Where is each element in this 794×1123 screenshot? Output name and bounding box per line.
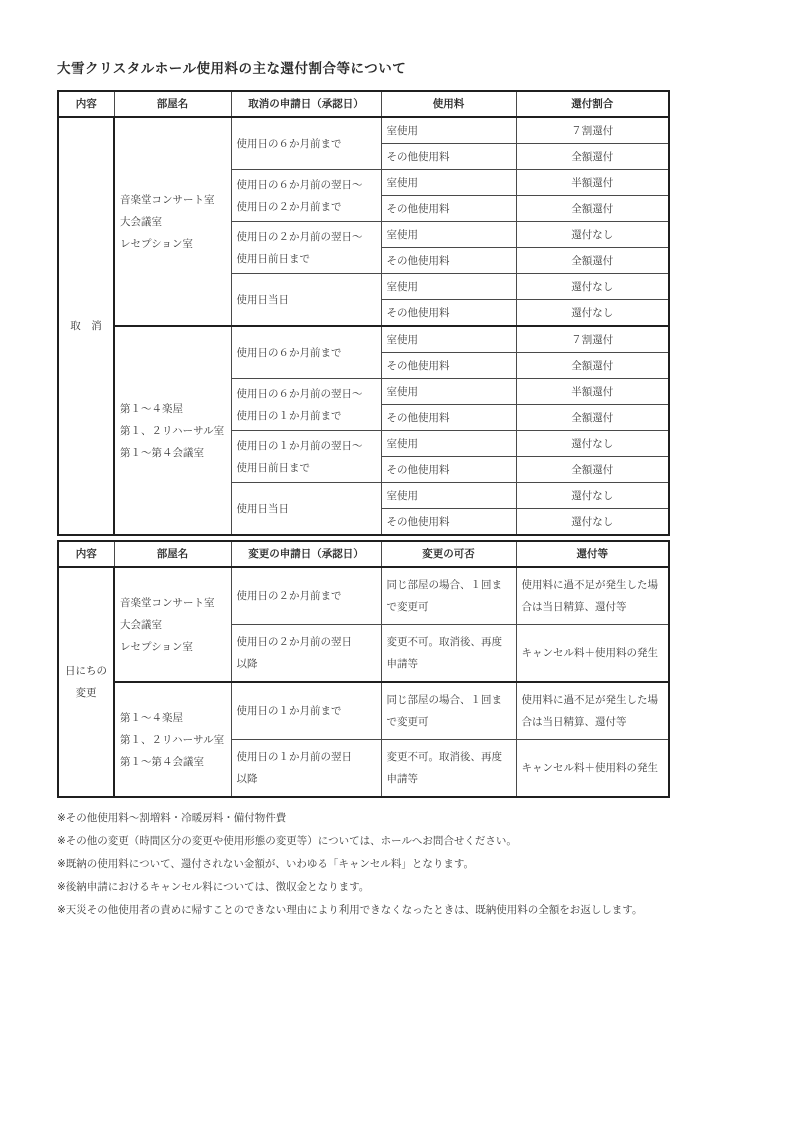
- refund-cell: 全額還付: [516, 353, 669, 379]
- column-header-fee: 使用料: [381, 91, 516, 117]
- fee-cell: その他使用料: [381, 248, 516, 274]
- table-row: 第１～４楽屋 第１、２リハーサル室 第１～第４会議室 使用日の１か月前まで 同じ…: [58, 682, 669, 740]
- footnote: ※天災その他使用者の責めに帰すことのできない理由により利用できなくなったときは、…: [57, 899, 757, 922]
- availability-cell: 変更不可。取消後、再度申請等: [381, 740, 516, 798]
- refund-note-cell: 使用料に過不足が発生した場合は当日精算、還付等: [516, 682, 669, 740]
- table-header-row: 内容 部屋名 変更の申請日（承認日） 変更の可否 還付等: [58, 541, 669, 567]
- footnote: ※後納申請におけるキャンセル料については、徴収金となります。: [57, 876, 757, 899]
- room-group-1: 音楽堂コンサート室 大会議室 レセプション室: [114, 117, 231, 326]
- column-header-content: 内容: [58, 91, 114, 117]
- refund-cell: 全額還付: [516, 405, 669, 431]
- fee-cell: 室使用: [381, 379, 516, 405]
- room-group-2: 第１～４楽屋 第１、２リハーサル室 第１～第４会議室: [114, 682, 231, 797]
- fee-cell: その他使用料: [381, 300, 516, 327]
- refund-cell: 還付なし: [516, 222, 669, 248]
- fee-cell: その他使用料: [381, 457, 516, 483]
- cancellation-table: 内容 部屋名 取消の申請日（承認日） 使用料 還付割合 取 消 音楽堂コンサート…: [57, 90, 670, 536]
- refund-cell: 全額還付: [516, 248, 669, 274]
- refund-cell: 全額還付: [516, 196, 669, 222]
- fee-cell: 室使用: [381, 326, 516, 353]
- refund-cell: ７割還付: [516, 117, 669, 144]
- fee-cell: 室使用: [381, 431, 516, 457]
- footnote: ※その他の変更（時間区分の変更や使用形態の変更等）については、ホールへお問合せく…: [57, 830, 757, 853]
- period-cell: 使用日の１か月前の翌日～ 使用日前日まで: [231, 431, 381, 483]
- table-row: 日にちの 変更 音楽堂コンサート室 大会議室 レセプション室 使用日の２か月前ま…: [58, 567, 669, 625]
- footnote: ※その他使用料～割増料・冷暖房料・備付物件費: [57, 807, 757, 830]
- refund-cell: 半額還付: [516, 170, 669, 196]
- column-header-content: 内容: [58, 541, 114, 567]
- column-header-cancel-date: 取消の申請日（承認日）: [231, 91, 381, 117]
- column-header-change-date: 変更の申請日（承認日）: [231, 541, 381, 567]
- fee-cell: 室使用: [381, 222, 516, 248]
- period-cell: 使用日の１か月前まで: [231, 682, 381, 740]
- refund-cell: 半額還付: [516, 379, 669, 405]
- fee-cell: その他使用料: [381, 144, 516, 170]
- content-label-date-change: 日にちの 変更: [58, 567, 114, 797]
- refund-cell: 還付なし: [516, 274, 669, 300]
- footnote-list: ※その他使用料～割増料・冷暖房料・備付物件費 ※その他の変更（時間区分の変更や使…: [57, 807, 757, 922]
- period-cell: 使用日の６か月前の翌日～ 使用日の１か月前まで: [231, 379, 381, 431]
- column-header-change-availability: 変更の可否: [381, 541, 516, 567]
- availability-cell: 変更不可。取消後、再度申請等: [381, 625, 516, 683]
- fee-cell: 室使用: [381, 117, 516, 144]
- period-cell: 使用日の２か月前の翌日～ 使用日前日まで: [231, 222, 381, 274]
- table-header-row: 内容 部屋名 取消の申請日（承認日） 使用料 還付割合: [58, 91, 669, 117]
- fee-cell: その他使用料: [381, 353, 516, 379]
- refund-cell: 全額還付: [516, 457, 669, 483]
- table-row: 取 消 音楽堂コンサート室 大会議室 レセプション室 使用日の６か月前まで 室使…: [58, 117, 669, 144]
- refund-note-cell: キャンセル料＋使用料の発生: [516, 625, 669, 683]
- period-cell: 使用日の６か月前の翌日～ 使用日の２か月前まで: [231, 170, 381, 222]
- fee-cell: 室使用: [381, 170, 516, 196]
- fee-cell: 室使用: [381, 274, 516, 300]
- refund-note-cell: キャンセル料＋使用料の発生: [516, 740, 669, 798]
- column-header-room: 部屋名: [114, 91, 231, 117]
- period-cell: 使用日の６か月前まで: [231, 117, 381, 170]
- room-group-2: 第１～４楽屋 第１、２リハーサル室 第１～第４会議室: [114, 326, 231, 535]
- period-cell: 使用日の６か月前まで: [231, 326, 381, 379]
- refund-cell: 還付なし: [516, 509, 669, 536]
- fee-cell: その他使用料: [381, 405, 516, 431]
- content-label-cancel: 取 消: [58, 117, 114, 535]
- page-title: 大雪クリスタルホール使用料の主な還付割合等について: [57, 57, 406, 77]
- footnote: ※既納の使用料について、還付されない金額が、いわゆる「キャンセル料」となります。: [57, 853, 757, 876]
- refund-cell: ７割還付: [516, 326, 669, 353]
- fee-cell: その他使用料: [381, 509, 516, 536]
- period-cell: 使用日の１か月前の翌日 以降: [231, 740, 381, 798]
- period-cell: 使用日の２か月前まで: [231, 567, 381, 625]
- refund-cell: 還付なし: [516, 300, 669, 327]
- refund-note-cell: 使用料に過不足が発生した場合は当日精算、還付等: [516, 567, 669, 625]
- column-header-room: 部屋名: [114, 541, 231, 567]
- table-row: 第１～４楽屋 第１、２リハーサル室 第１～第４会議室 使用日の６か月前まで 室使…: [58, 326, 669, 353]
- fee-cell: 室使用: [381, 483, 516, 509]
- date-change-table: 内容 部屋名 変更の申請日（承認日） 変更の可否 還付等 日にちの 変更 音楽堂…: [57, 540, 670, 798]
- column-header-refund-rate: 還付割合: [516, 91, 669, 117]
- period-cell: 使用日当日: [231, 274, 381, 327]
- period-cell: 使用日の２か月前の翌日 以降: [231, 625, 381, 683]
- availability-cell: 同じ部屋の場合、１回まで変更可: [381, 682, 516, 740]
- document-page: 大雪クリスタルホール使用料の主な還付割合等について 内容 部屋名 取消の申請日（…: [0, 0, 794, 1123]
- period-cell: 使用日当日: [231, 483, 381, 536]
- column-header-refund-note: 還付等: [516, 541, 669, 567]
- refund-cell: 全額還付: [516, 144, 669, 170]
- refund-cell: 還付なし: [516, 431, 669, 457]
- refund-cell: 還付なし: [516, 483, 669, 509]
- fee-cell: その他使用料: [381, 196, 516, 222]
- room-group-1: 音楽堂コンサート室 大会議室 レセプション室: [114, 567, 231, 682]
- availability-cell: 同じ部屋の場合、１回まで変更可: [381, 567, 516, 625]
